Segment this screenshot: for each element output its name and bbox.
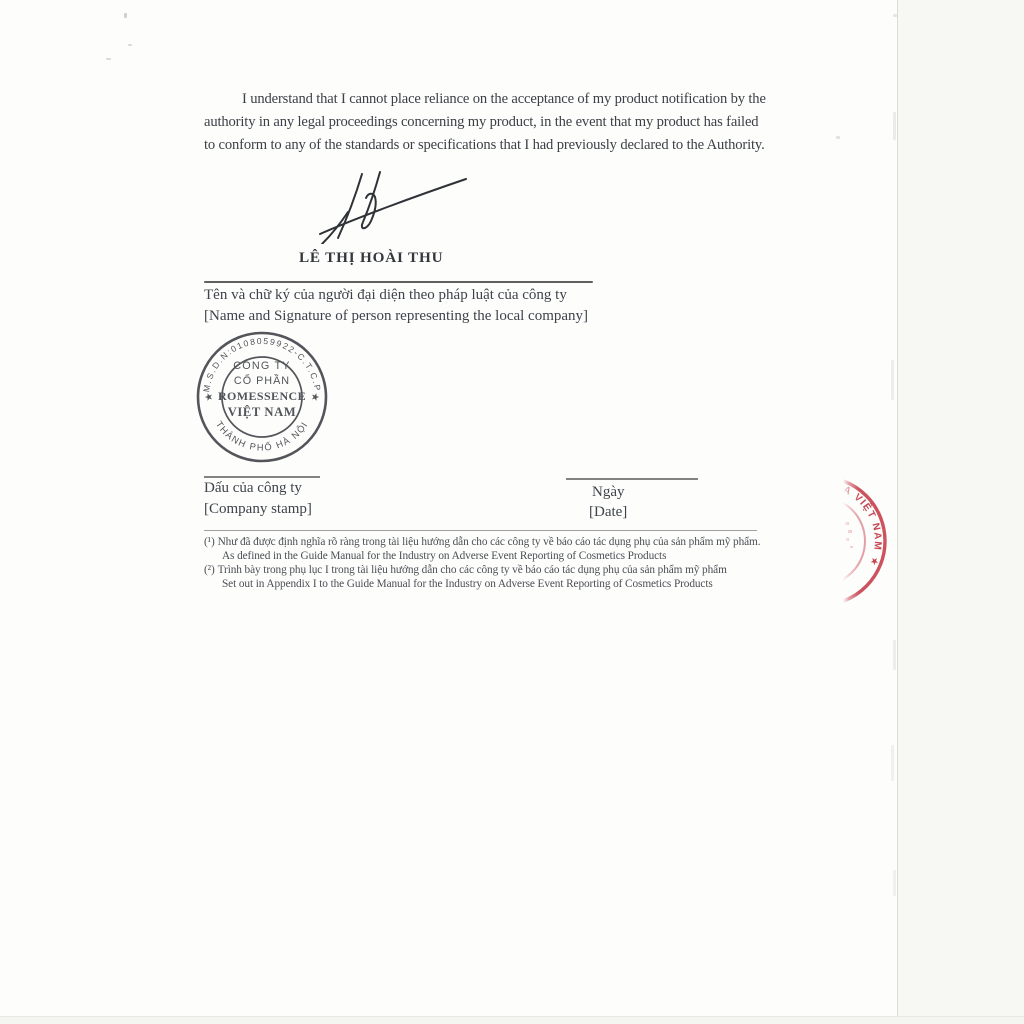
edge-stamp-ink-fleck [848, 530, 852, 533]
seal-center-line: VIỆT NAM [228, 405, 297, 419]
declaration-paragraph: I understand that I cannot place relianc… [204, 88, 844, 157]
footnote-1-en: As defined in the Guide Manual for the I… [222, 550, 666, 562]
company-stamp-label-en: [Company stamp] [204, 501, 312, 518]
signature-caption-vi: Tên và chữ ký của người đại diện theo ph… [204, 287, 567, 304]
edge-stamp-graphic: A VIỆT NAM★ ỘI [843, 472, 897, 612]
signature-caption-en: [Name and Signature of person representi… [204, 308, 588, 325]
seal-ring-bottom-text: THÀNH PHỐ HÀ NỘI [214, 419, 310, 452]
scan-artifact [893, 112, 896, 140]
scan-artifact [891, 745, 894, 781]
seal-center-line: ROMESSENCE [218, 389, 306, 403]
footnote-2-en: Set out in Appendix I to the Guide Manua… [222, 578, 713, 590]
date-label-en: [Date] [589, 504, 627, 521]
scan-artifact [106, 58, 111, 60]
edge-stamp-ink-fleck [846, 538, 849, 541]
seal-center-line: CÔNG TY [233, 359, 290, 372]
edge-stamp-fragment-text: ỘI [843, 573, 847, 587]
scan-artifact [893, 14, 897, 17]
company-seal: M.S.D.N:0108059922-C.T.C.P THÀNH PHỐ HÀ … [193, 329, 333, 469]
date-rule [566, 478, 698, 480]
scan-artifact [893, 870, 896, 896]
signatory-name: LÊ THỊ HOÀI THU [299, 249, 443, 267]
edge-stamp-ink-fleck [845, 522, 849, 525]
footnote-2-marker: (²) [204, 564, 218, 576]
declaration-line: I understand that I cannot place relianc… [204, 88, 844, 111]
footnote-2-vi: (²)Trình bày trong phụ lục I trong tài l… [204, 564, 727, 576]
edge-stamp-ink-fleck [850, 546, 853, 548]
footnote-divider [204, 530, 757, 531]
seal-star-left-icon: ★ [204, 392, 215, 401]
scan-artifact [893, 640, 896, 670]
handwritten-signature [298, 166, 478, 244]
footnote-2-vi-text: Trình bày trong phụ lục I trong tài liệu… [218, 564, 727, 576]
seal-star-right-icon: ★ [309, 393, 320, 402]
scan-bottom-edge [0, 1016, 1024, 1024]
date-label-vi: Ngày [592, 484, 625, 501]
company-stamp-rule [204, 476, 320, 478]
signature-rule [204, 281, 593, 283]
scan-artifact [891, 360, 894, 400]
footnote-1-vi: (¹)Như đã được định nghĩa rõ ràng trong … [204, 536, 760, 548]
seal-center-line: CỔ PHẦN [234, 374, 290, 387]
declaration-line: to conform to any of the standards or sp… [204, 134, 844, 157]
scanned-document-page: I understand that I cannot place relianc… [0, 0, 1024, 1024]
scan-artifact [128, 44, 132, 46]
footnote-1-vi-text: Như đã được định nghĩa rõ ràng trong tài… [218, 536, 761, 548]
scan-edge-strip [897, 0, 1024, 1024]
company-stamp-label-vi: Dấu của công ty [204, 480, 302, 497]
footnote-1-marker: (¹) [204, 536, 218, 548]
edge-stamp: A VIỆT NAM★ ỘI [843, 472, 897, 612]
declaration-line: authority in any legal proceedings conce… [204, 111, 844, 134]
scan-artifact [124, 13, 127, 18]
